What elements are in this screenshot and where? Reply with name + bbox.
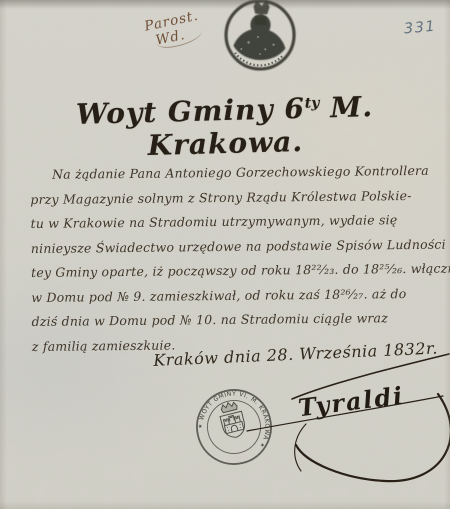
stamp-graphic <box>224 0 296 71</box>
stamp-tower-shape <box>255 16 267 26</box>
clerk-annotation: Parost. Wd. <box>143 8 204 53</box>
signature-name: Tyraldi <box>297 381 406 423</box>
arms-right-tower <box>234 416 240 422</box>
official-seal-krakow-arms-icon: ✶ WOYT GMINY VI. M. KRAKOWA ✶ <box>182 377 285 477</box>
page-title-ordinal-sup: ty <box>305 95 320 111</box>
body-text: Na żądanie Pana Antoniego Gorzechowskieg… <box>30 163 444 363</box>
ink-stamp-city-arms-icon <box>209 0 311 78</box>
page-title: Woyt Gminy 6ty M. Krakowa. <box>0 88 450 166</box>
arms-left-tower <box>223 419 229 425</box>
flourish-strokes <box>247 354 450 481</box>
arms-center-tower <box>229 415 235 421</box>
krakow-arms-graphic <box>217 400 247 440</box>
document-page: Parost. Wd. 331 Woyt Gminy 6ty M. Krakow… <box>0 0 450 509</box>
page-number: 331 <box>403 19 436 38</box>
